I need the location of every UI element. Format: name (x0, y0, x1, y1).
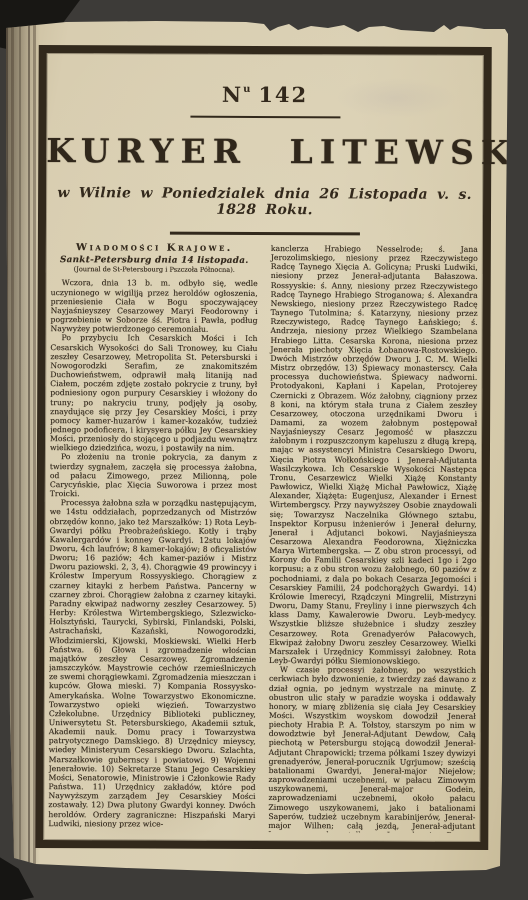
divider-rule (169, 232, 359, 236)
paragraph: Wczora, dnia 13 b. m. odbyło się, wedle … (50, 279, 257, 335)
newspaper-page: Nu142 KURYER LITEWSKI w Wilnie w Poniedz… (6, 18, 508, 878)
article-source: (Journal de St-Petersbourg i Pszczoła Pó… (51, 265, 258, 275)
paragraph: kanclerza Hrabiego Nesselrode; ś. Jana J… (269, 244, 478, 666)
paragraph: W czasie processyi żałobney, po wszystki… (268, 665, 476, 833)
scan-background: Nu142 KURYER LITEWSKI w Wilnie w Poniedz… (0, 0, 528, 900)
paragraph: Processya żałobna szła w porządku następ… (48, 498, 256, 829)
issue-value: 142 (258, 82, 308, 107)
section-header: Wiadomości Krajowe. (51, 243, 258, 253)
issue-superscript: u (243, 84, 252, 95)
article-columns: Wiadomości Krajowe. Sankt-Petersburg dni… (48, 243, 478, 833)
left-column: Wiadomości Krajowe. Sankt-Petersburg dni… (48, 243, 258, 832)
printed-border: Nu142 KURYER LITEWSKI w Wilnie w Poniedz… (35, 45, 491, 850)
paragraph: Po przybyciu Ich Cesarskich Mości i Ich … (50, 333, 258, 453)
paragraph: Po złożeniu na tronie pokrycia, za danym… (50, 453, 257, 500)
issue-prefix: N (222, 82, 243, 107)
binding-shadow (6, 18, 40, 878)
newspaper-title: KURYER LITEWSKI (46, 131, 483, 172)
masthead: Nu142 KURYER LITEWSKI w Wilnie w Poniedz… (46, 81, 484, 236)
issue-number: Nu142 (46, 81, 483, 108)
right-column: kanclerza Hrabiego Nesselrode; ś. Jana J… (268, 244, 478, 833)
masthead-dateline: w Wilnie w Poniedzialek dnia 26 Listopad… (46, 185, 483, 219)
divider-rule (190, 116, 340, 119)
